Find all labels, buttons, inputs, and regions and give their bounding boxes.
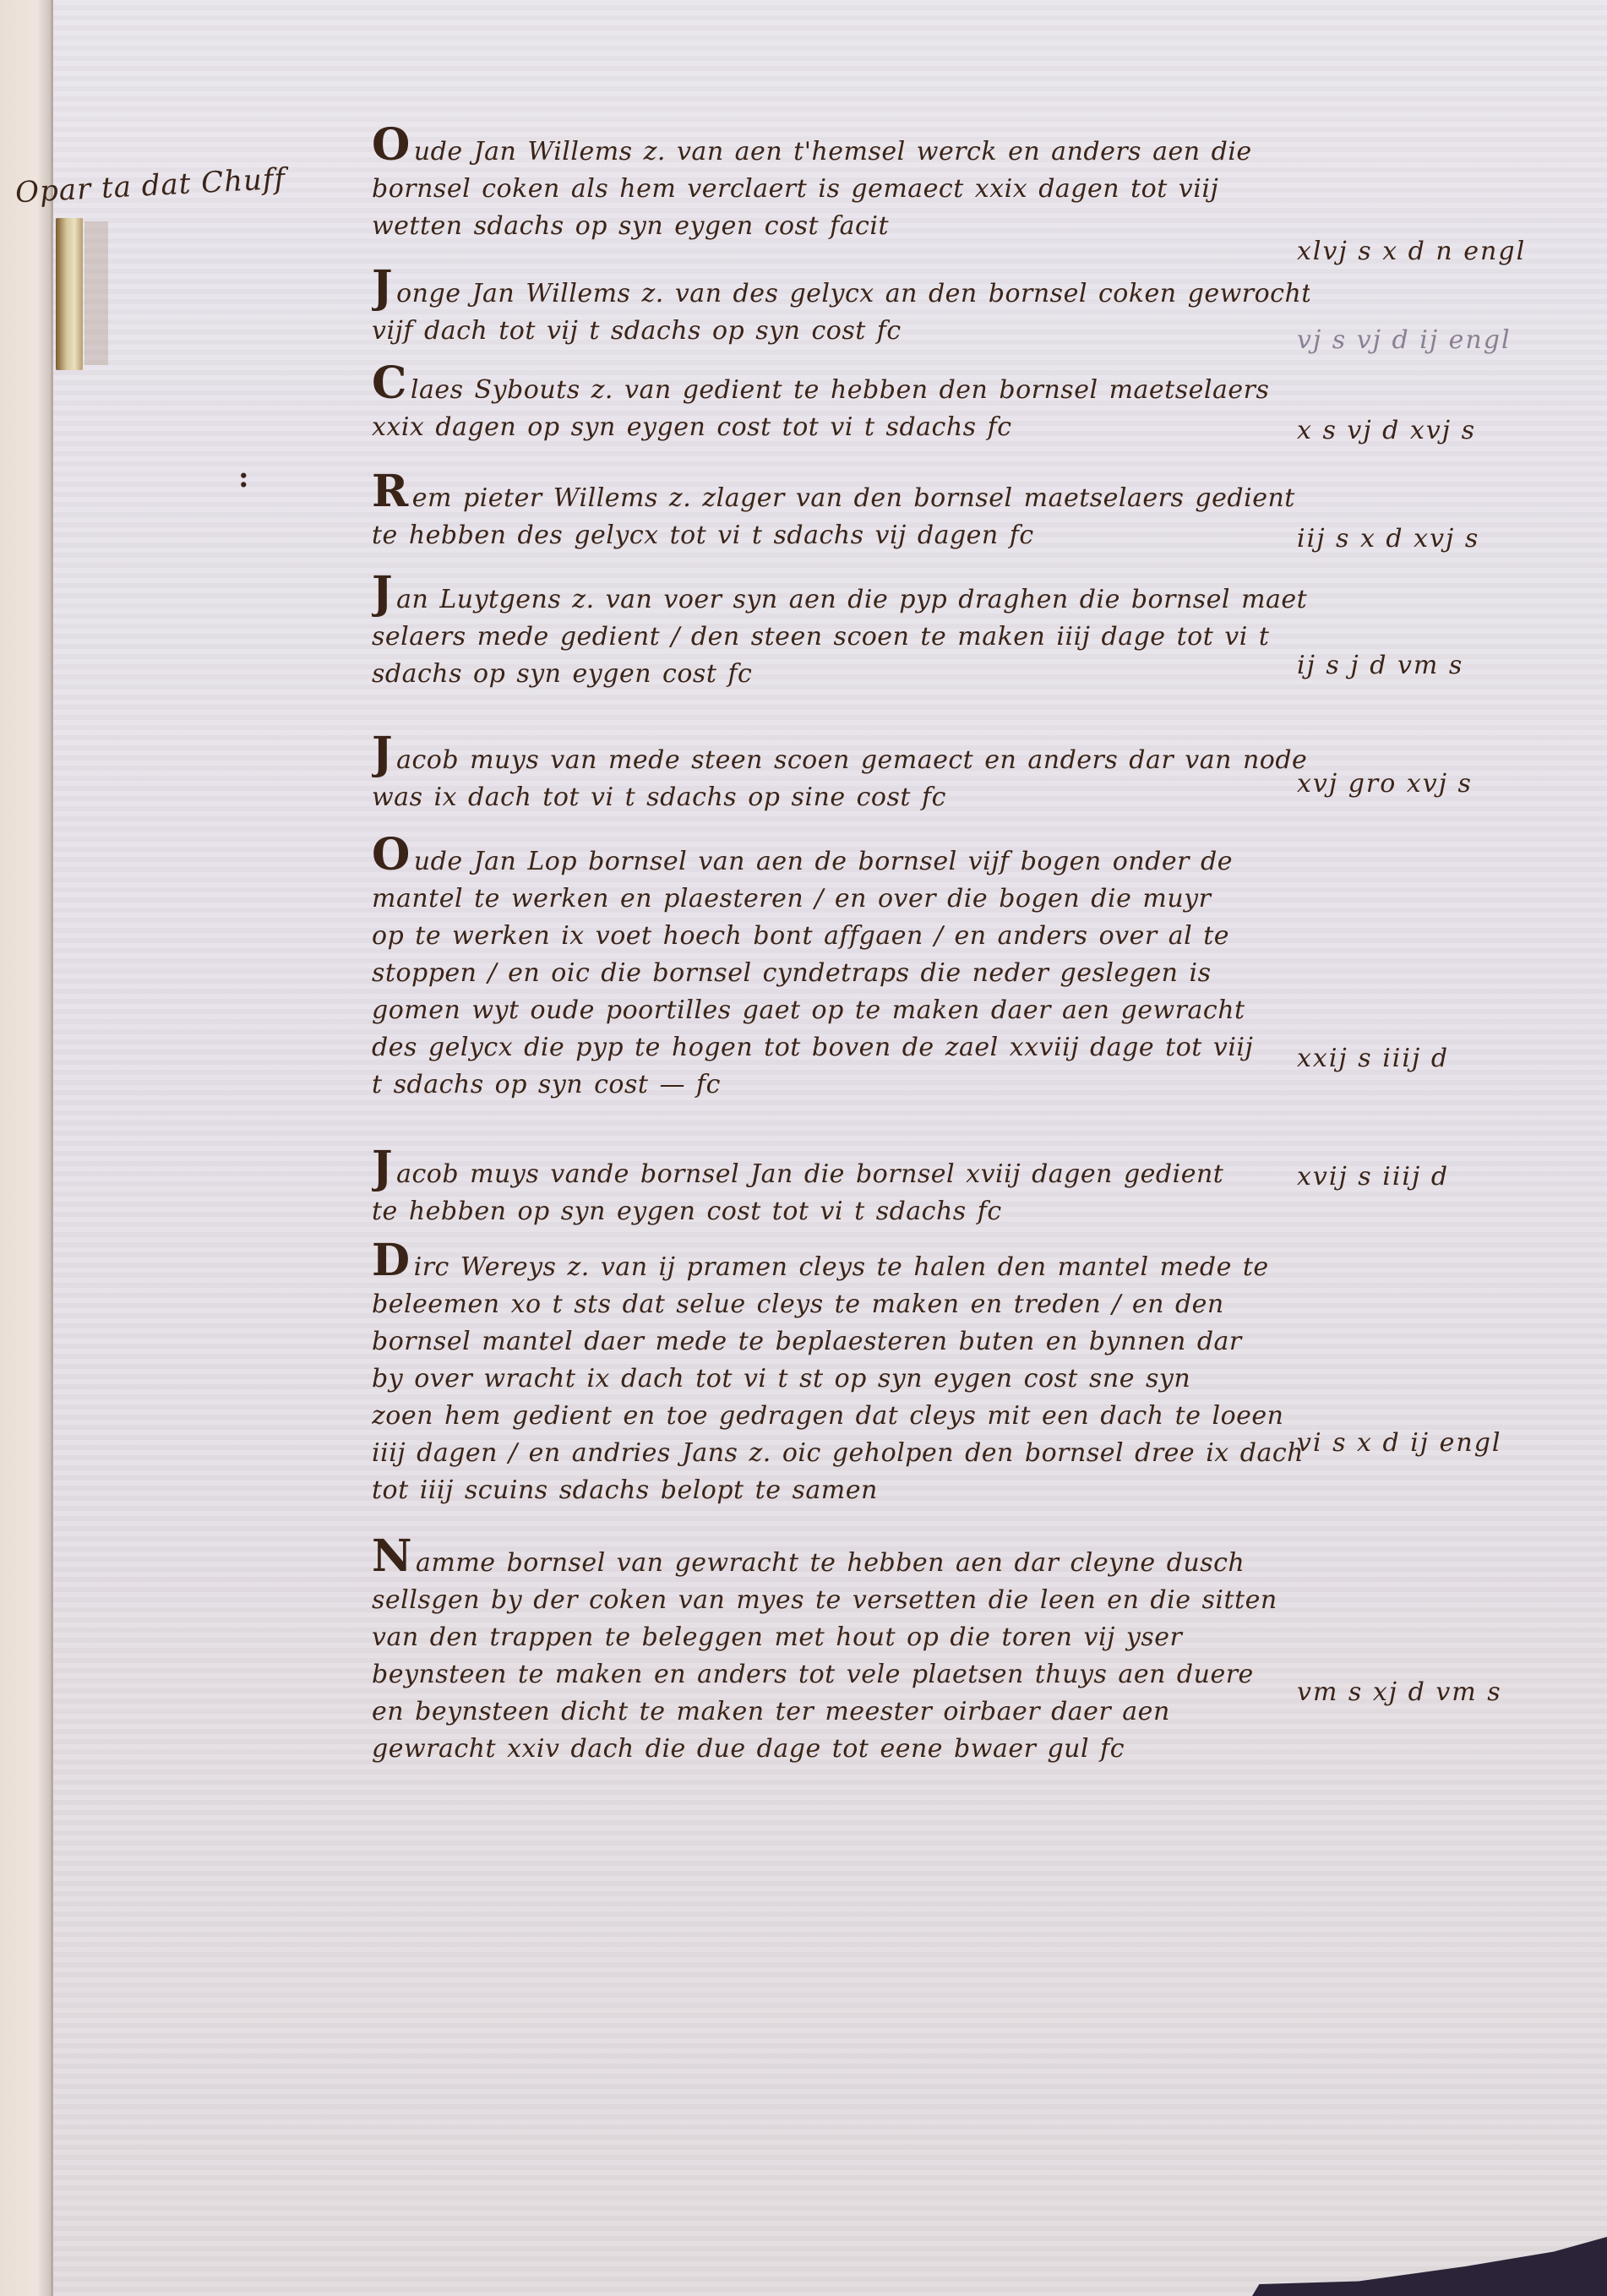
entry-line: laes Sybouts z. van gedient te hebben de… [411,375,1269,405]
entry-line: xxix dagen op syn eygen cost tot vi t sd… [372,409,1310,446]
entry-line: te hebben des gelycx tot vi t sdachs vij… [372,517,1310,554]
ledger-entry: Dirc Wereys z. van ij pramen cleys te ha… [372,1242,1310,1509]
entry-initial: J [372,735,393,779]
entry-amount: vj s vj d ij engl [1297,325,1601,355]
entry-line: mantel te werken en plaesteren / en over… [372,881,1310,918]
ledger-entry: Jacob muys van mede steen scoen gemaect … [372,735,1310,816]
entry-line: en beynsteen dicht te maken ter meester … [372,1693,1310,1731]
entry-initial: J [372,575,393,619]
entry-line: sellsgen by der coken van myes te verset… [372,1582,1310,1619]
entry-line: selaers mede gedient / den steen scoen t… [372,619,1310,656]
ledger-entry: Rem pieter Willems z. zlager van den bor… [372,473,1310,554]
margin-mark: : [238,461,249,494]
entry-amount: xlvj s x d n engl [1297,237,1601,266]
entry-line: em pieter Willems z. zlager van den born… [412,483,1295,513]
entry-line: ude Jan Willems z. van aen t'hemsel werc… [414,137,1252,166]
entry-line: was ix dach tot vi t sdachs op sine cost… [372,779,1310,816]
entry-line: onge Jan Willems z. van des gelycx an de… [396,279,1310,308]
entry-line: zoen hem gedient en toe gedragen dat cle… [372,1398,1310,1435]
entry-line: irc Wereys z. van ij pramen cleys te hal… [414,1252,1269,1282]
entry-line: gomen wyt oude poortilles gaet op te mak… [372,992,1310,1029]
entry-initial: O [372,127,411,171]
entry-line: van den trappen te beleggen met hout op … [372,1619,1310,1656]
entry-amount: xxij s iiij d [1297,1044,1601,1073]
ledger-entry: Oude Jan Willems z. van aen t'hemsel wer… [372,127,1310,245]
ledger-entry: Jan Luytgens z. van voer syn aen die pyp… [372,575,1310,693]
entry-initial: O [372,837,411,881]
entry-line: sdachs op syn eygen cost fc [372,656,1310,693]
entry-line: op te werken ix voet hoech bont affgaen … [372,918,1310,955]
entry-initial: D [372,1242,411,1286]
previous-leaf-edge [0,0,52,2296]
entry-line: bornsel coken als hem verclaert is gemae… [372,171,1310,208]
entry-line: tot iiij scuins sdachs belopt te samen [372,1472,1310,1509]
parchment-tab [56,218,83,370]
ledger-entry: Jonge Jan Willems z. van des gelycx an d… [372,269,1310,350]
entry-line: acob muys vande bornsel Jan die bornsel … [396,1159,1223,1189]
entry-amount: ij s j d vm s [1297,651,1601,680]
entry-line: bornsel mantel daer mede te beplaesteren… [372,1323,1310,1361]
entry-line: wetten sdachs op syn eygen cost facit [372,208,1310,245]
entry-initial: J [372,269,393,313]
entry-line: beleemen xo t sts dat selue cleys te mak… [372,1286,1310,1323]
entry-amount: xvij s iiij d [1297,1162,1601,1192]
entry-initial: R [372,473,409,517]
ledger-entry: Namme bornsel van gewracht te hebben aen… [372,1538,1310,1768]
entry-amount: vm s xj d vm s [1297,1677,1601,1707]
tab-shadow [84,221,108,365]
entry-line: t sdachs op syn cost — fc [372,1066,1310,1104]
entry-amount: vi s x d ij engl [1297,1428,1601,1458]
entry-initial: J [372,1149,393,1193]
entry-line: acob muys van mede steen scoen gemaect e… [396,745,1307,775]
entry-line: vijf dach tot vij t sdachs op syn cost f… [372,313,1310,350]
entry-line: gewracht xxiv dach die due dage tot eene… [372,1731,1310,1768]
entry-line: des gelycx die pyp te hogen tot boven de… [372,1029,1310,1066]
entry-amount: xvj gro xvj s [1297,769,1601,799]
entry-line: an Luytgens z. van voer syn aen die pyp … [396,585,1307,614]
entry-line: ude Jan Lop bornsel van aen de bornsel v… [414,847,1233,876]
entry-line: iiij dagen / en andries Jans z. oic geho… [372,1435,1310,1472]
entry-initial: N [372,1538,412,1582]
entry-line: stoppen / en oic die bornsel cyndetraps … [372,955,1310,992]
entry-line: amme bornsel van gewracht te hebben aen … [416,1548,1245,1578]
entry-line: te hebben op syn eygen cost tot vi t sda… [372,1193,1310,1230]
ledger-entry: Jacob muys vande bornsel Jan die bornsel… [372,1149,1310,1230]
entry-line: beynsteen te maken en anders tot vele pl… [372,1656,1310,1693]
ledger-entry: Claes Sybouts z. van gedient te hebben d… [372,365,1310,446]
entry-line: by over wracht ix dach tot vi t st op sy… [372,1361,1310,1398]
entry-amount: iij s x d xvj s [1297,524,1601,554]
ledger-entry: Oude Jan Lop bornsel van aen de bornsel … [372,837,1310,1104]
entry-initial: C [372,365,407,409]
entry-amount: x s vj d xvj s [1297,416,1601,445]
